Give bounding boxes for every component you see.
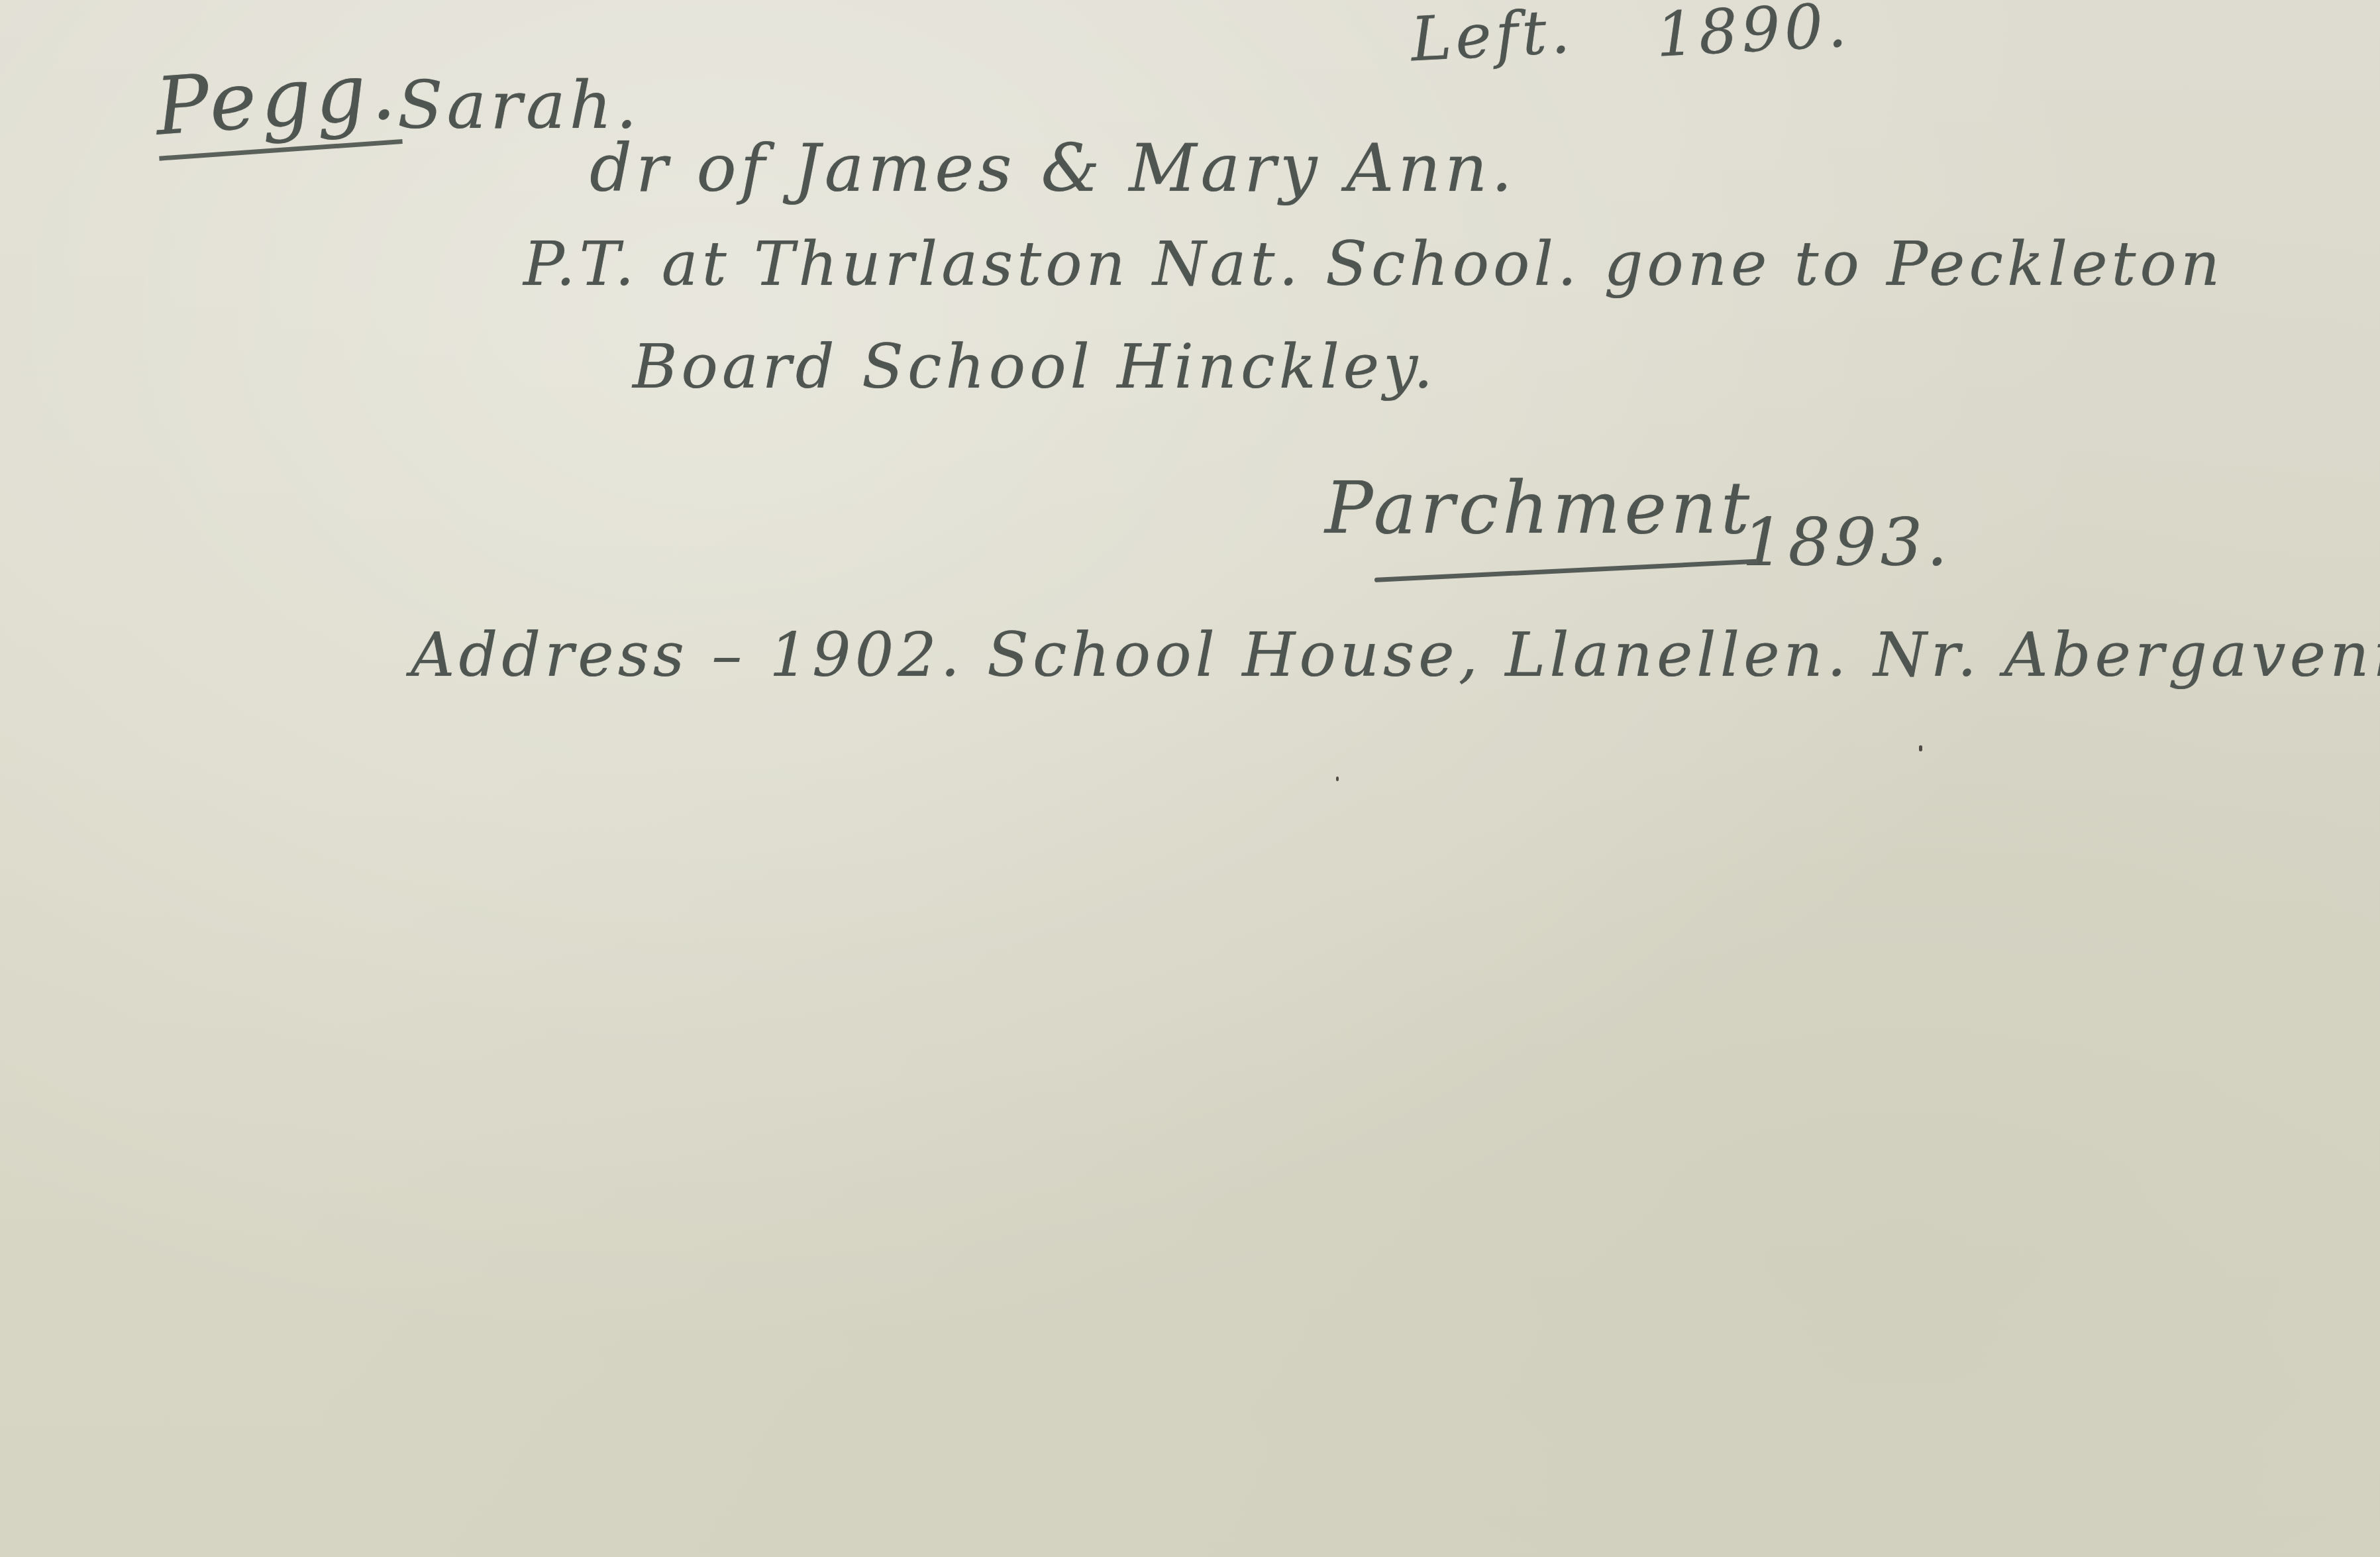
paper-fleck <box>1336 777 1339 781</box>
address-label: Address – 1902. <box>411 619 964 690</box>
career-line-2: Board School Hinckley. <box>633 331 1437 402</box>
career-line-1: P.T. at Thurlaston Nat. School. gone to … <box>523 229 2224 299</box>
parentage: dr of James & Mary Ann. <box>590 129 1516 207</box>
surname: Pegg. <box>152 44 403 160</box>
paper-fleck <box>1919 745 1922 751</box>
left-label: Left. <box>1409 0 1575 75</box>
certificate-underline <box>1374 559 1759 582</box>
certificate-label: Parchment <box>1325 467 1753 550</box>
certificate-year: 1893. <box>1742 504 1951 581</box>
register-page: Left. 1890. Pegg. Sarah. dr of James & M… <box>0 0 2380 1557</box>
left-year: 1890. <box>1654 0 1852 71</box>
address-value: School House, Llanellen. Nr. Abergavenny <box>987 619 2380 690</box>
